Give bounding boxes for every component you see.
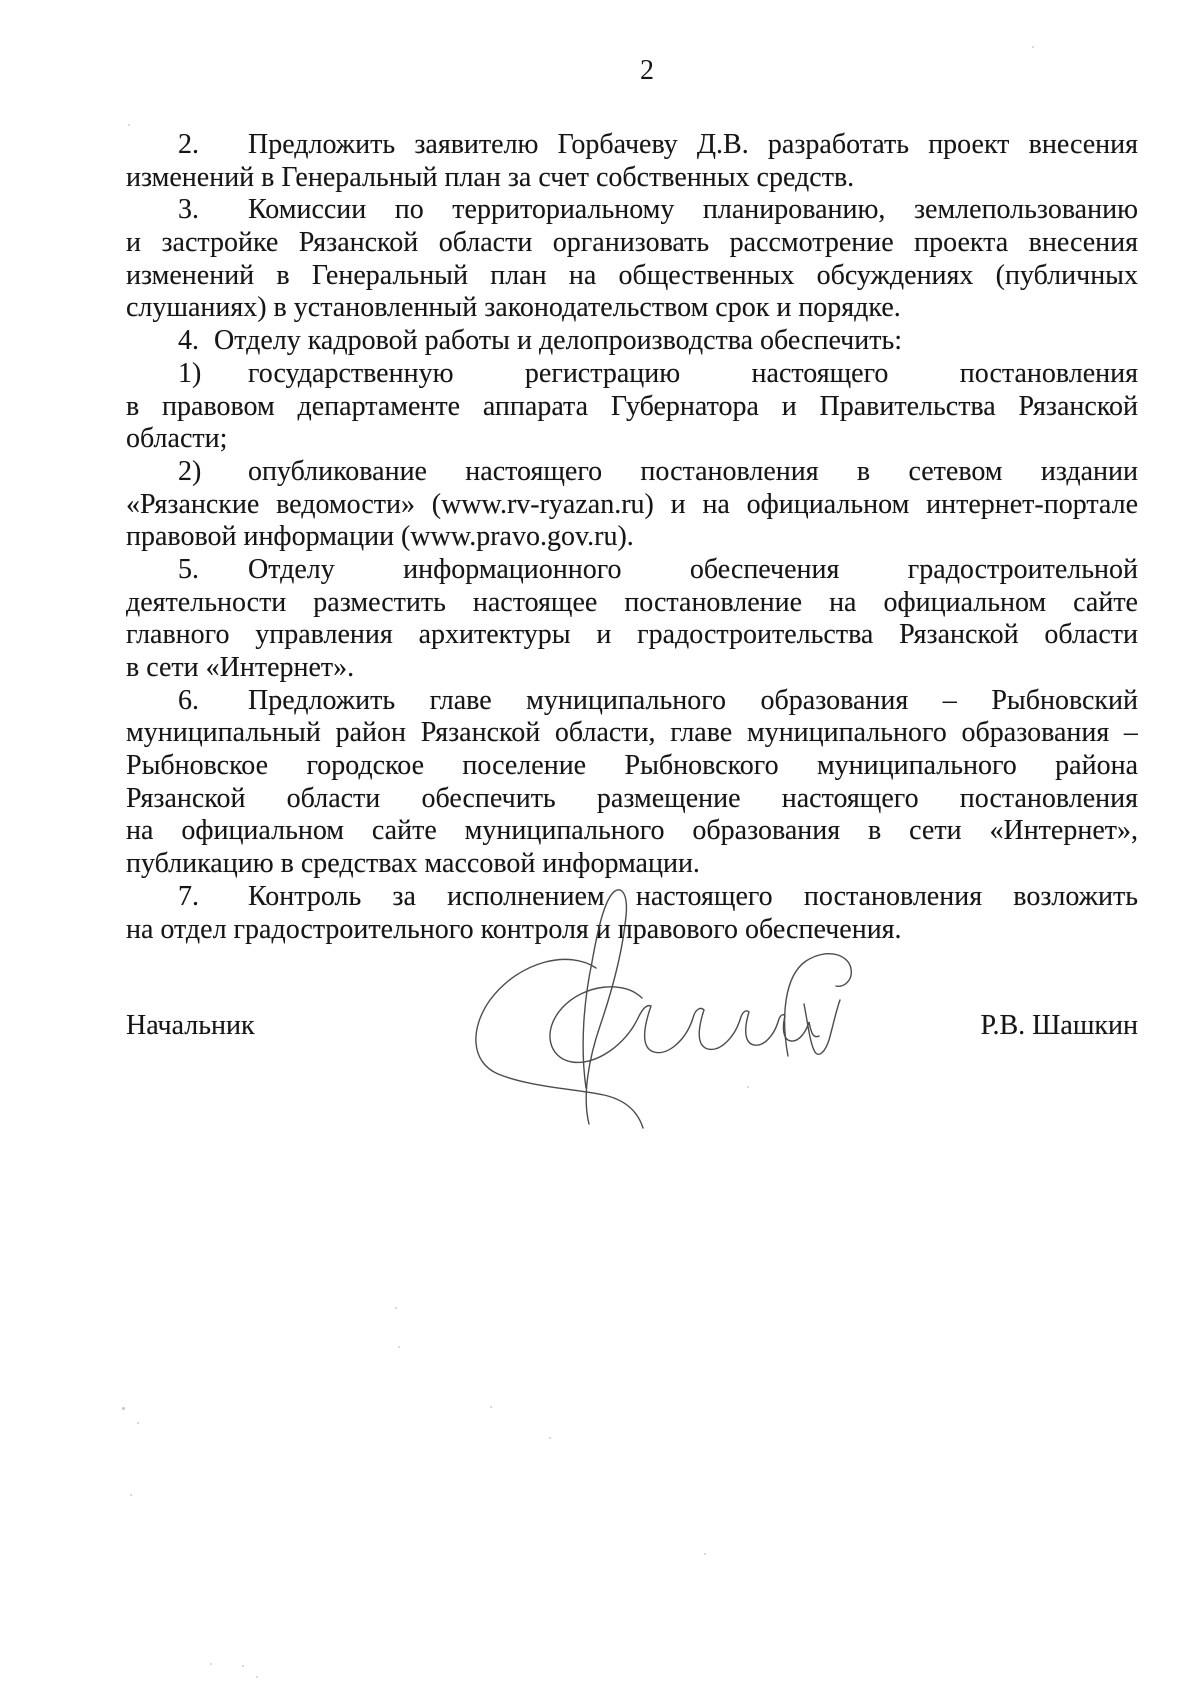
signer-role: Начальник [126, 1009, 255, 1042]
line-text: Комиссии по территориальному планировани… [248, 194, 1138, 225]
text-line: области; [126, 423, 1138, 456]
text-line: 3.Комиссии по территориальному планирова… [126, 194, 1138, 227]
scan-speck [549, 1437, 551, 1439]
document-body: 2.Предложить заявителю Горбачеву Д.В. ра… [126, 129, 1138, 946]
signature-left-sweep [476, 959, 643, 1128]
line-text: государственную регистрацию настоящего п… [248, 358, 1138, 389]
list-marker: 2. [178, 129, 248, 162]
text-line: слушаниях) в установленный законодательс… [126, 292, 1138, 325]
text-line: правовой информации (www.pravo.gov.ru). [126, 521, 1138, 554]
text-line: 5.Отделу информационного обеспечения гра… [126, 554, 1138, 587]
text-line: 2.Предложить заявителю Горбачеву Д.В. ра… [126, 129, 1138, 162]
text-line: 1)государственную регистрацию настоящего… [126, 358, 1138, 391]
scan-speck [704, 1553, 706, 1555]
text-line: 6.Предложить главе муниципального образо… [126, 685, 1138, 718]
scan-speck [398, 1346, 400, 1348]
text-line: 4.Отделу кадровой работы и делопроизводс… [126, 325, 1138, 358]
list-marker: 7. [178, 881, 248, 914]
scan-speck [128, 124, 130, 126]
text-line: и застройке Рязанской области организова… [126, 227, 1138, 260]
text-line: на официальном сайте муниципального обра… [126, 815, 1138, 848]
line-text: Отделу информационного обеспечения градо… [248, 554, 1138, 585]
line-text: Отделу кадровой работы и делопроизводств… [214, 325, 902, 356]
signer-name: Р.В. Шашкин [980, 1009, 1138, 1042]
list-marker: 4. [178, 325, 214, 358]
scan-speck [130, 1494, 132, 1496]
line-text: Контроль за исполнением настоящего поста… [248, 881, 1138, 912]
line-text: опубликование настоящего постановления в… [248, 456, 1138, 487]
text-line: 2)опубликование настоящего постановления… [126, 456, 1138, 489]
line-text: Предложить заявителю Горбачеву Д.В. разр… [248, 129, 1138, 160]
scan-speck [137, 1422, 139, 1424]
list-marker: 2) [178, 456, 248, 489]
line-text: Предложить главе муниципального образова… [248, 685, 1138, 716]
text-line: главного управления архитектуры и градос… [126, 619, 1138, 652]
list-marker: 1) [178, 358, 248, 391]
text-line: изменений в Генеральный план на обществе… [126, 260, 1138, 293]
scan-speck [122, 1407, 125, 1410]
text-line: Рыбновское городское поселение Рыбновско… [126, 750, 1138, 783]
document-page: 2 2.Предложить заявителю Горбачеву Д.В. … [0, 0, 1200, 1697]
list-marker: 5. [178, 554, 248, 587]
scan-speck [1032, 46, 1034, 48]
list-marker: 6. [178, 685, 248, 718]
scan-speck [747, 1086, 749, 1088]
text-line: на отдел градостроительного контроля и п… [126, 914, 1138, 947]
list-marker: 3. [178, 194, 248, 227]
text-line: 7.Контроль за исполнением настоящего пос… [126, 881, 1138, 914]
text-line: публикацию в средствах массовой информац… [126, 848, 1138, 881]
scan-speck [395, 1307, 397, 1309]
scan-speck [256, 1676, 258, 1678]
scan-speck [210, 1663, 212, 1665]
text-line: деятельности разместить настоящее постан… [126, 587, 1138, 620]
text-line: в сети «Интернет». [126, 652, 1138, 685]
scan-speck [242, 1665, 244, 1667]
page-number: 2 [640, 55, 654, 87]
scan-speck [490, 1406, 492, 1408]
text-line: изменений в Генеральный план за счет соб… [126, 162, 1138, 195]
text-line: в правовом департаменте аппарата Губерна… [126, 391, 1138, 424]
text-line: муниципальный район Рязанской области, г… [126, 717, 1138, 750]
text-line: «Рязанские ведомости» (www.rv-ryazan.ru)… [126, 489, 1138, 522]
text-line: Рязанской области обеспечить размещение … [126, 783, 1138, 816]
signoff-row: Начальник Р.В. Шашкин [126, 1009, 1138, 1042]
